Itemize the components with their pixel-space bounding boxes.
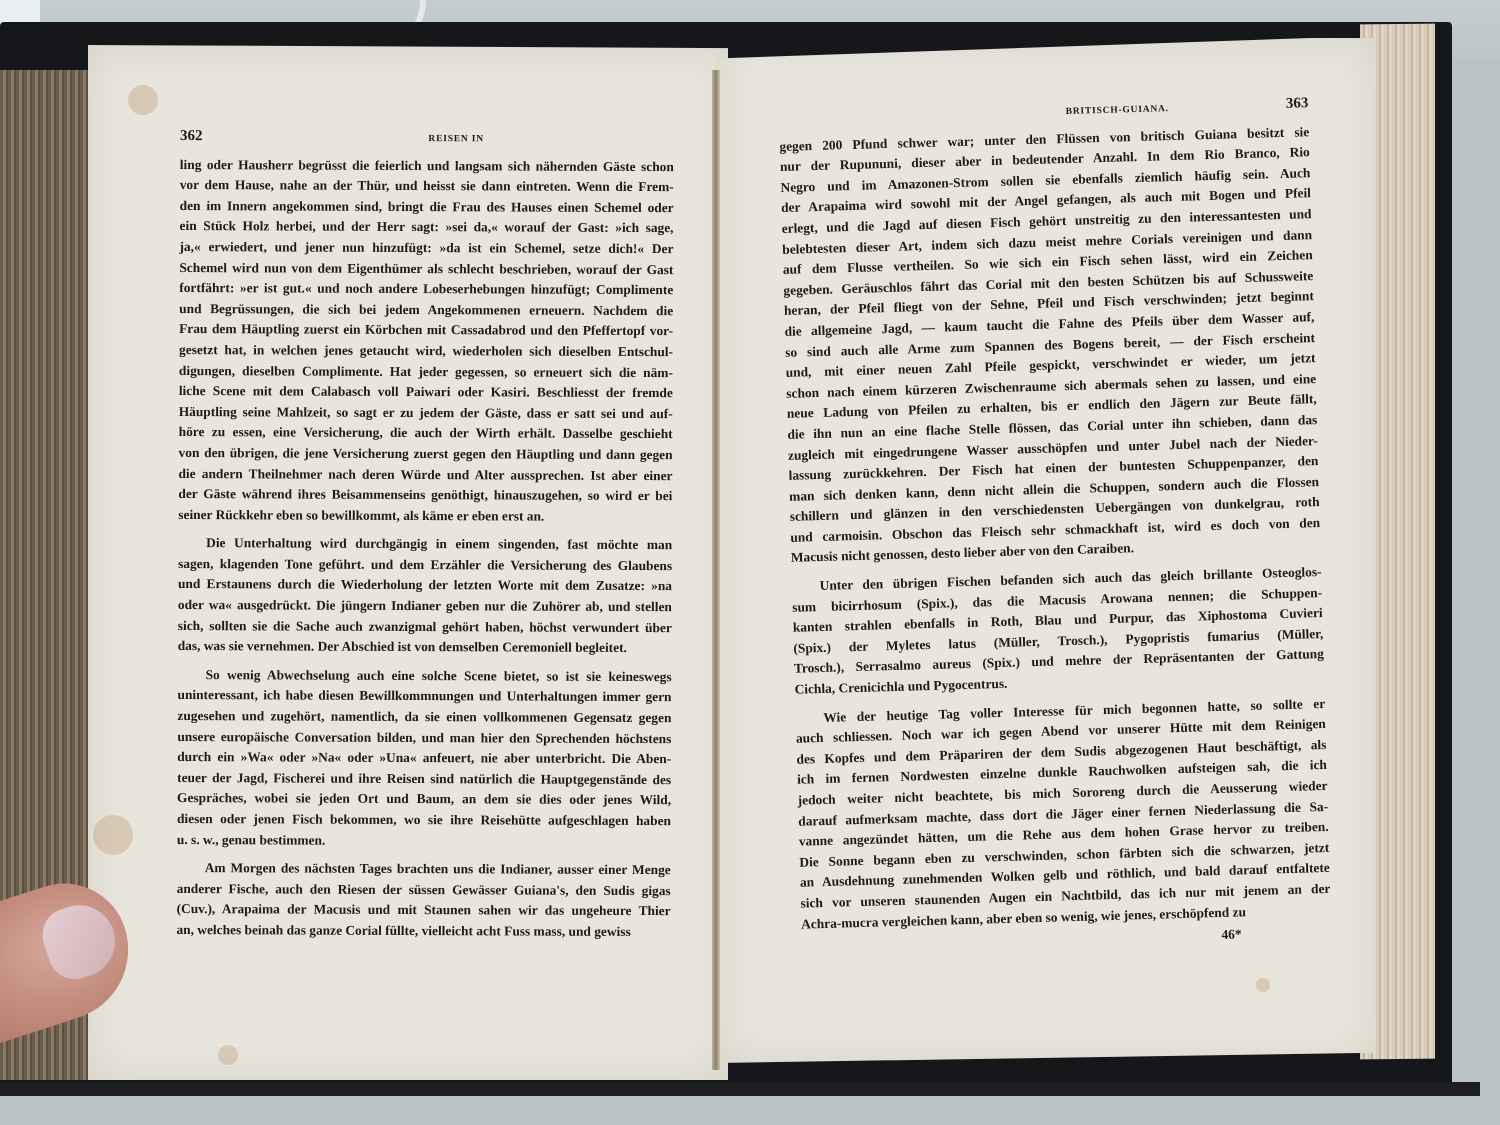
text-line: unsere europäische Conversation bilden, … (177, 727, 671, 750)
text-line: digungen, dieselben Complimente. Hat jed… (179, 361, 673, 384)
paragraph: ling oder Hausherr begrüsst die feierlic… (178, 155, 674, 528)
text-line: gesetzt hat, in welchen jenes getaucht w… (179, 340, 673, 363)
page-number: 363 (1286, 93, 1309, 114)
paper-stain (93, 815, 133, 855)
running-head: REISEN IN (428, 129, 484, 150)
paragraph: Die Unterhaltung wird durchgängig in ein… (178, 533, 673, 659)
text-line: an, welches beinah das ganze Corial füll… (176, 920, 670, 943)
text-line: So wenig Abwechselung auch eine solche S… (178, 665, 672, 688)
text-line: von den übrigen, die jene Versicherung z… (179, 443, 673, 466)
text-line: Am Morgen des nächsten Tages brachten un… (177, 858, 671, 881)
text-line: höre zu essen, eine Versicherung, die au… (179, 422, 673, 445)
text-line: durch ein »Wa« oder »Na« oder »Una« anfe… (177, 747, 671, 770)
book-cover-bottom-edge (0, 1082, 1480, 1096)
paragraph: Am Morgen des nächsten Tages brachten un… (176, 858, 670, 943)
left-page-text: 362 REISEN IN ling oder Hausherr begrüss… (176, 126, 674, 943)
text-line: oder wa« ausgedrückt. Die jüngern Indian… (178, 595, 672, 618)
text-line: sich, sollten sie die Sache auch zwanzig… (178, 616, 672, 639)
paper-stain (1256, 978, 1270, 992)
text-line: seiner Rückkehr eben so bewillkommt, als… (178, 505, 672, 528)
text-line: Frau dem Häuptling zuerst ein Körbchen m… (179, 319, 673, 342)
text-line: uninteressant, ich habe diesen Bewillkom… (177, 685, 671, 708)
paragraph: Unter den übrigen Fischen befanden sich … (791, 562, 1324, 700)
text-line: vor dem Hause, nahe an der Thür, und hei… (180, 175, 674, 198)
paper-stain (218, 1045, 238, 1065)
text-line: diesen oder jenen Fisch bekommen, wo sie… (177, 809, 671, 832)
text-line: anderer Fische, auch den Riesen der süss… (177, 879, 671, 902)
left-page-body: ling oder Hausherr begrüsst die feierlic… (176, 155, 673, 943)
paragraph: Wie der heutige Tag voller Interesse für… (795, 694, 1331, 935)
text-line: sagen, klagenden Tone geführt. und dem E… (178, 554, 672, 577)
right-page-body: gegen 200 Pfund schwer war; unter den Fl… (779, 122, 1331, 935)
text-line: fortfährt: »er ist gut.« und noch andere… (179, 278, 673, 301)
text-line: Gespräches, wobei sie jeden Ort und Baum… (177, 788, 671, 811)
paragraph: So wenig Abwechselung auch eine solche S… (177, 665, 672, 852)
text-line: liche Scene mit dem Calabasch voll Paiwa… (179, 381, 673, 404)
text-line: Schemel wird nun von dem Eigenthümer als… (179, 258, 673, 281)
text-line: ja,« erwiedert, und jener nun hinzufügt:… (179, 237, 673, 260)
text-line: Die Unterhaltung wird durchgängig in ein… (178, 533, 672, 556)
paper-stain (128, 85, 158, 115)
text-line: die andern Theilnehmer nach deren Würde … (178, 463, 672, 486)
text-line: der Gäste während ihres Beisammenseins g… (178, 484, 672, 507)
text-line: das, was sie vernehmen. Der Abschied ist… (178, 636, 672, 659)
text-line: zugesehen und zugehört, namentlich, da s… (177, 706, 671, 729)
text-line: und Begrüssungen, die sich bei jedem Ang… (179, 299, 673, 322)
text-line: den im Innern angekommen sind, bringt di… (180, 196, 674, 219)
text-line: Häuptling seine Mahlzeit, so sagt er zu … (179, 402, 673, 425)
text-line: und Erstaunens durch die Wiederholung de… (178, 574, 672, 597)
text-line: (Cuv.), Arapaima der Macusis und mit Sta… (177, 899, 671, 922)
running-head: BRITISCH-GUIANA. (1065, 99, 1169, 122)
book-gutter (712, 70, 720, 1070)
right-page-text: BRITISCH-GUIANA. 363 gegen 200 Pfund sch… (778, 81, 1332, 957)
paragraph: gegen 200 Pfund schwer war; unter den Fl… (779, 122, 1321, 569)
text-line: teuer der Jagd, Fischerei und ihre Reise… (177, 768, 671, 791)
text-line: u. s. w., genau bestimmen. (177, 830, 671, 853)
page-number: 362 (180, 126, 203, 147)
text-line: ling oder Hausherr begrüsst die feierlic… (180, 155, 674, 178)
left-page-header: 362 REISEN IN (180, 126, 674, 151)
text-line: ein Stück Holz herbei, und der Herr sagt… (180, 216, 674, 239)
